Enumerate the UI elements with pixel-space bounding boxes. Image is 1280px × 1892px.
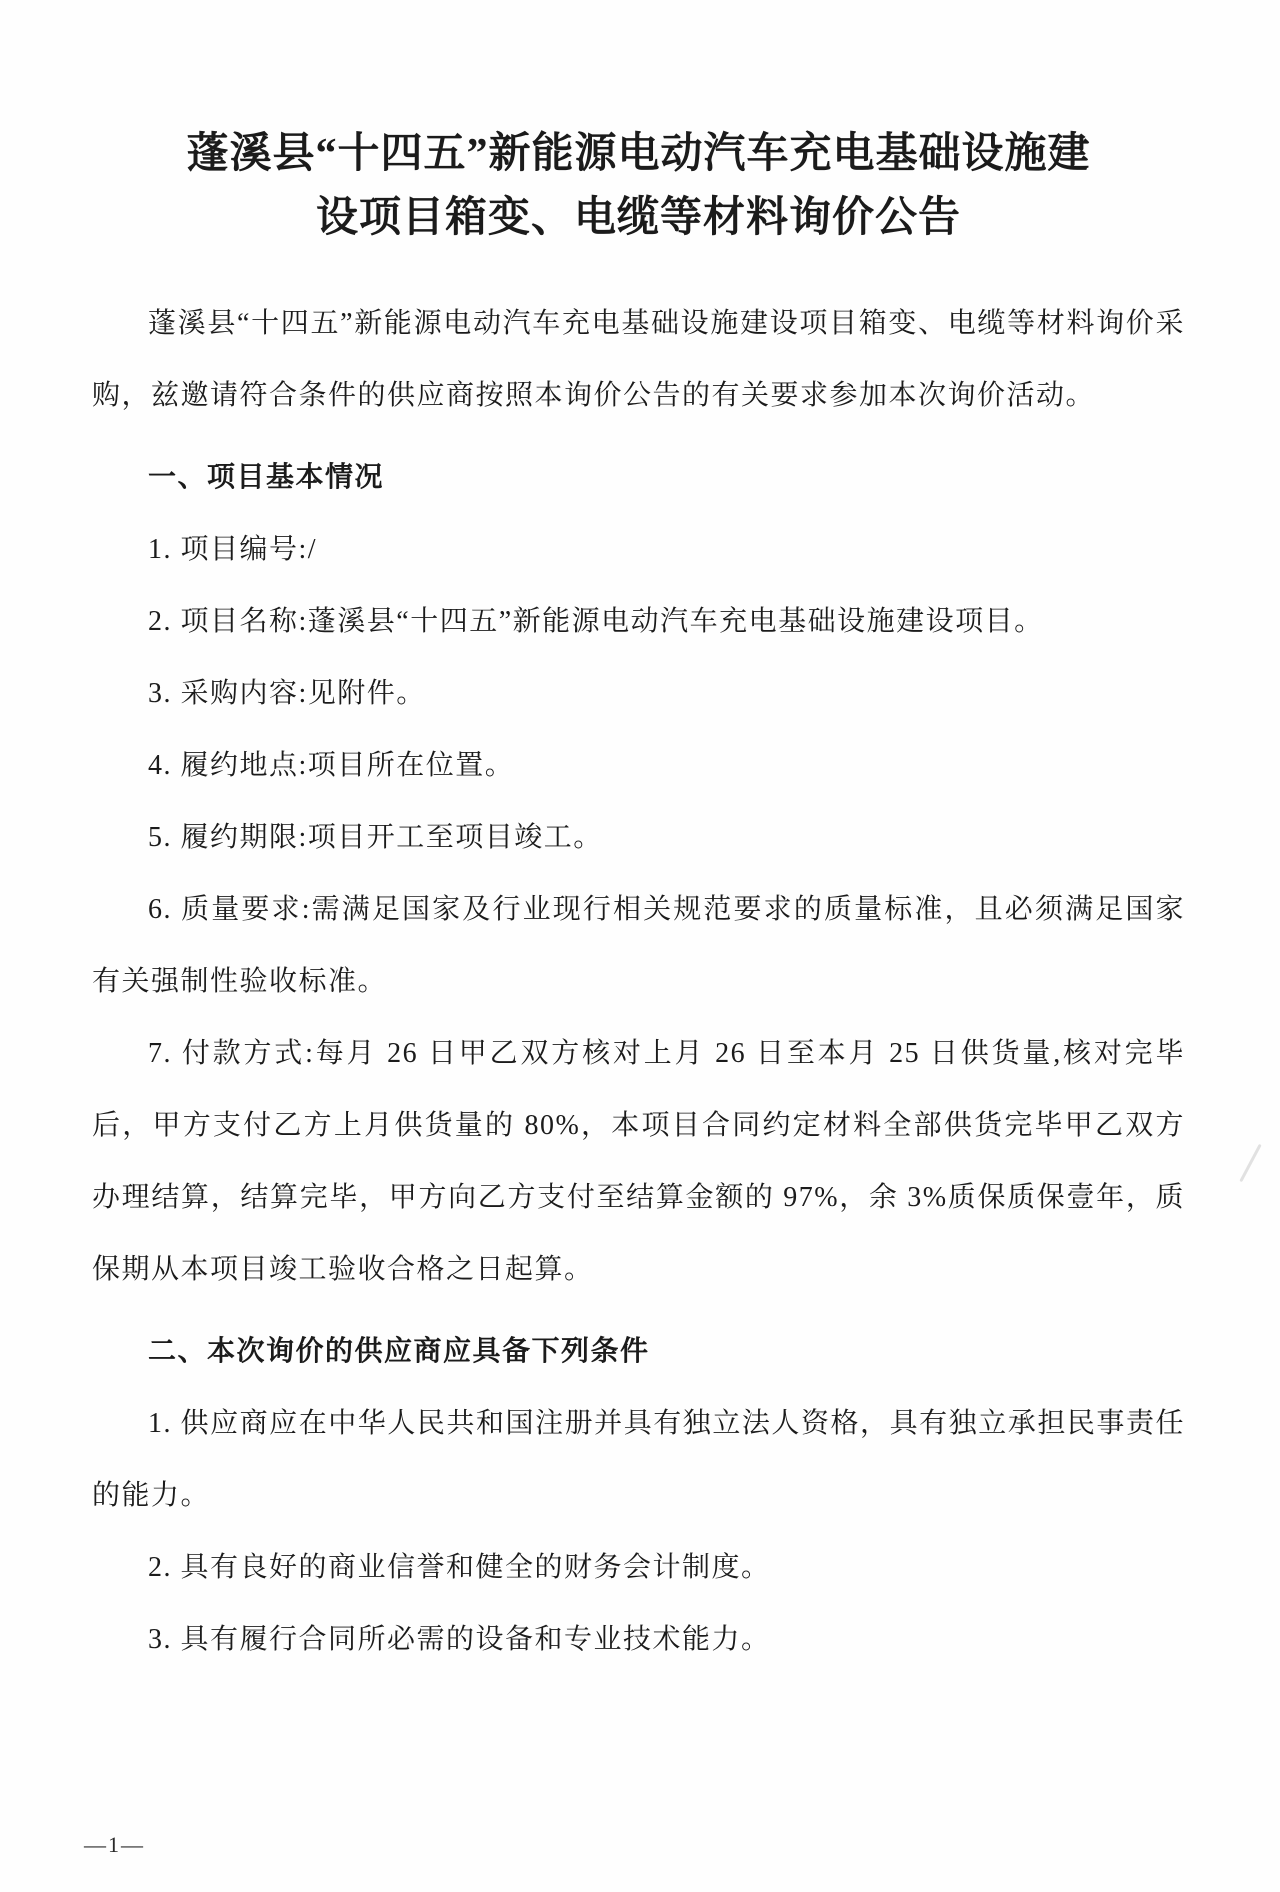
section-1-item-7: 7. 付款方式:每月 26 日甲乙双方核对上月 26 日至本月 25 日供货量,… [92,1018,1185,1306]
section-1-item-4: 4. 履约地点:项目所在位置。 [92,730,1185,802]
document-body: 蓬溪县“十四五”新能源电动汽车充电基础设施建设项目箱变、电缆等材料询价采购，兹邀… [92,288,1185,1676]
section-1-item-3: 3. 采购内容:见附件。 [92,658,1185,730]
page-number: —1— [84,1832,145,1858]
section-1-item-1: 1. 项目编号:/ [92,514,1185,586]
document-page: 蓬溪县“十四五”新能源电动汽车充电基础设施建 设项目箱变、电缆等材料询价公告 蓬… [0,0,1280,1892]
document-title-line-2: 设项目箱变、电缆等材料询价公告 [92,186,1185,250]
section-2-item-2: 2. 具有良好的商业信誉和健全的财务会计制度。 [92,1532,1185,1604]
scan-artifact-mark [1239,1144,1261,1182]
document-title-line-1: 蓬溪县“十四五”新能源电动汽车充电基础设施建 [92,122,1185,186]
section-1-item-5: 5. 履约期限:项目开工至项目竣工。 [92,802,1185,874]
document-title: 蓬溪县“十四五”新能源电动汽车充电基础设施建 设项目箱变、电缆等材料询价公告 [92,122,1185,250]
section-1-item-6: 6. 质量要求:需满足国家及行业现行相关规范要求的质量标准，且必须满足国家有关强… [92,874,1185,1018]
section-2-item-1: 1. 供应商应在中华人民共和国注册并具有独立法人资格，具有独立承担民事责任的能力… [92,1388,1185,1532]
section-2-heading: 二、本次询价的供应商应具备下列条件 [92,1316,1185,1388]
section-1-heading: 一、项目基本情况 [92,442,1185,514]
section-2-item-3: 3. 具有履行合同所必需的设备和专业技术能力。 [92,1604,1185,1676]
section-1-item-2: 2. 项目名称:蓬溪县“十四五”新能源电动汽车充电基础设施建设项目。 [92,586,1185,658]
intro-paragraph: 蓬溪县“十四五”新能源电动汽车充电基础设施建设项目箱变、电缆等材料询价采购，兹邀… [92,288,1185,432]
